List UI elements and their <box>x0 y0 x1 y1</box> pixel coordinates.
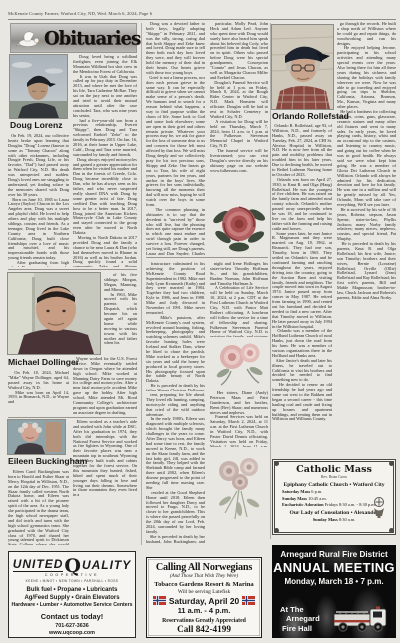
united-quality-line3: Hardware • Lumber • Automotive Service C… <box>9 602 135 608</box>
newspaper-page: McKenzie County Farmer, Watford City, ND… <box>0 0 400 643</box>
arnegard-fire-ad: Arnegard Rural Fire District ANNUAL MEET… <box>272 545 396 638</box>
eileen-obit-text-col-d: Her sisters, Diane (Andy) Peterson Maas … <box>210 391 268 447</box>
obit-divider <box>146 257 268 258</box>
michael-obit-heading: Michael Dollinger <box>8 357 79 367</box>
mass-schedule-time: 8:30 a.m. <box>339 517 355 522</box>
michael-dollinger-photo <box>8 273 100 354</box>
catholic-mass-title: Catholic Mass <box>275 464 393 475</box>
masthead: McKenzie County Farmer, Watford City, ND… <box>8 11 152 16</box>
arnegard-where-line1: At The <box>280 605 320 614</box>
corner-ornament <box>274 461 279 466</box>
obit-divider <box>8 417 137 418</box>
united-quality-locations: KEENE • MINOT • NEW TOWN • PARSHALL • RO… <box>9 579 135 583</box>
doug-obit-heading: Doug Lorenz <box>10 120 63 130</box>
arnegard-title: ANNUAL MEETING <box>272 560 396 575</box>
arnegard-org: Arnegard Rural Fire District <box>272 550 396 559</box>
norwegians-date: Saturday, April 20 <box>169 596 239 606</box>
norwegians-phone: Call 842-4199 <box>147 624 261 634</box>
mass-schedule-time: 6 p.m. <box>311 489 322 494</box>
michael-obit-text-col-d: night and Irene Hollinger, his sister-in… <box>210 262 268 337</box>
united-quality-logo: UNITEDQUALITY <box>9 557 135 572</box>
rose-illustration <box>211 197 267 255</box>
norwegians-time: 11 a.m. - 4 p.m. <box>147 606 261 615</box>
united-quality-line2: Ag/Feed Supply • Grain Elevators <box>9 595 135 601</box>
chalice-icon <box>371 496 387 520</box>
eileen-obit-text-col-b: Eileen worked as a teacher's aide and st… <box>73 420 137 545</box>
norwegians-venue: Tobacco Gardens Resort & Marina <box>147 581 261 588</box>
eileen-obit-text-col-c: tent, preparing for life ahead. They lov… <box>146 393 205 545</box>
orlando-rollefstad-photo <box>272 25 333 109</box>
united-quality-line1: Bulk fuel • Propane • Lubricants <box>9 587 135 593</box>
united-quality-website: www.uqcoop.com <box>9 630 135 636</box>
top-rule <box>8 19 396 20</box>
michael-obit-text-col-b: Wayne worked for the U.S. Forest Service… <box>73 357 137 415</box>
norwegians-serving: Will be serving Lutefisk <box>147 589 261 595</box>
mass-schedule-time: Fridays 8:30 a.m. - 8:30 p.m. <box>325 502 376 507</box>
doug-obit-text-col-b: Doug loved being a wildland firefighter,… <box>73 55 137 267</box>
united-quality-brand-q: Q <box>64 559 81 574</box>
roses-illustration <box>211 337 267 387</box>
arnegard-where-line2: Arnegard <box>280 614 320 623</box>
corner-ornament <box>274 528 279 533</box>
norwegians-ad: Calling All Norwegians (And Those That W… <box>146 557 262 638</box>
michael-obit-text-col-c: frastructure culminated in his achieving… <box>146 262 205 391</box>
united-quality-brand-united: UNITED <box>13 557 64 572</box>
obituaries-banner: Obituaries <box>10 23 137 53</box>
eileen-buckingham-photo <box>8 420 65 454</box>
corner-ornament <box>389 461 394 466</box>
rose-bouquet-illustration <box>211 449 267 526</box>
doug-obit-text-col-c: Doug was a devoted father to both boys, … <box>146 22 205 256</box>
mass-schedule-label: Sunday Mass <box>282 496 307 501</box>
norwegians-rsvp: Reservations Greatly Appreciated <box>147 618 261 624</box>
norwegians-title: Calling All Norwegians <box>147 562 261 573</box>
mass-schedule-label: Eucharistic Adoration <box>282 502 324 507</box>
michael-obit-text-col-a: On Feb. 18, 2024, Michael "Mike" Wayne D… <box>8 371 69 415</box>
catholic-mass-church1: Epiphany Catholic Church • Watford City <box>275 482 393 488</box>
arnegard-where-line3: Fire Hall <box>280 624 320 633</box>
united-quality-cooperative: COOPERATIVE <box>9 573 135 577</box>
united-quality-ad: UNITEDQUALITY COOPERATIVE KEENE • MINOT … <box>8 551 136 638</box>
michael-obit-text-narrow: of his five siblings: Morgan, Megan, Man… <box>104 273 137 354</box>
corner-ornament <box>389 528 394 533</box>
norwegian-flag-icon <box>242 596 255 605</box>
united-quality-cta: Contact us today! <box>9 612 135 621</box>
fire-truck-icon <box>332 603 392 633</box>
arnegard-when: Monday, March 18 • 7 p.m. <box>272 577 396 586</box>
orlando-obit-text-col-f: go through the records. He built a shop … <box>337 22 396 454</box>
section-title: Obituaries <box>44 27 140 49</box>
column-rule-right <box>270 23 271 539</box>
doug-lorenz-photo <box>10 55 67 118</box>
mass-schedule-label: Saturday Mass <box>282 489 310 494</box>
united-quality-phone: 701-627-3636 <box>9 623 135 629</box>
norwegian-flag-icon <box>153 596 166 605</box>
column-rule-left <box>141 23 142 545</box>
eileen-obit-text-col-a: Eileen Carol Buckingham was born to Haro… <box>8 470 69 545</box>
doug-obit-text-col-d: particular, Molly Pead, John Heck and Ad… <box>210 22 268 198</box>
eileen-obit-heading: Eileen Buckingham <box>8 456 87 466</box>
obit-divider <box>8 269 137 270</box>
catholic-mass-pastor: Rev. Brian Gross <box>275 475 393 479</box>
norwegians-subtitle: (And Those That Wish They Were) <box>147 574 261 579</box>
united-quality-brand-uality: UALITY <box>82 558 131 572</box>
catholic-mass-ad: Catholic Mass Rev. Brian Gross Epiphany … <box>272 459 396 535</box>
dove-icon <box>12 27 44 51</box>
mass-schedule-time: 10:45 a.m. <box>308 496 327 501</box>
mass-schedule-label: Sunday Mass <box>313 517 338 522</box>
doug-obit-text-col-a: On Feb. 19, 2024, our collective hearts … <box>8 134 69 267</box>
orlando-obit-text-col-e: Orlando R. Rollefstad, age 93, of Willis… <box>272 124 332 454</box>
